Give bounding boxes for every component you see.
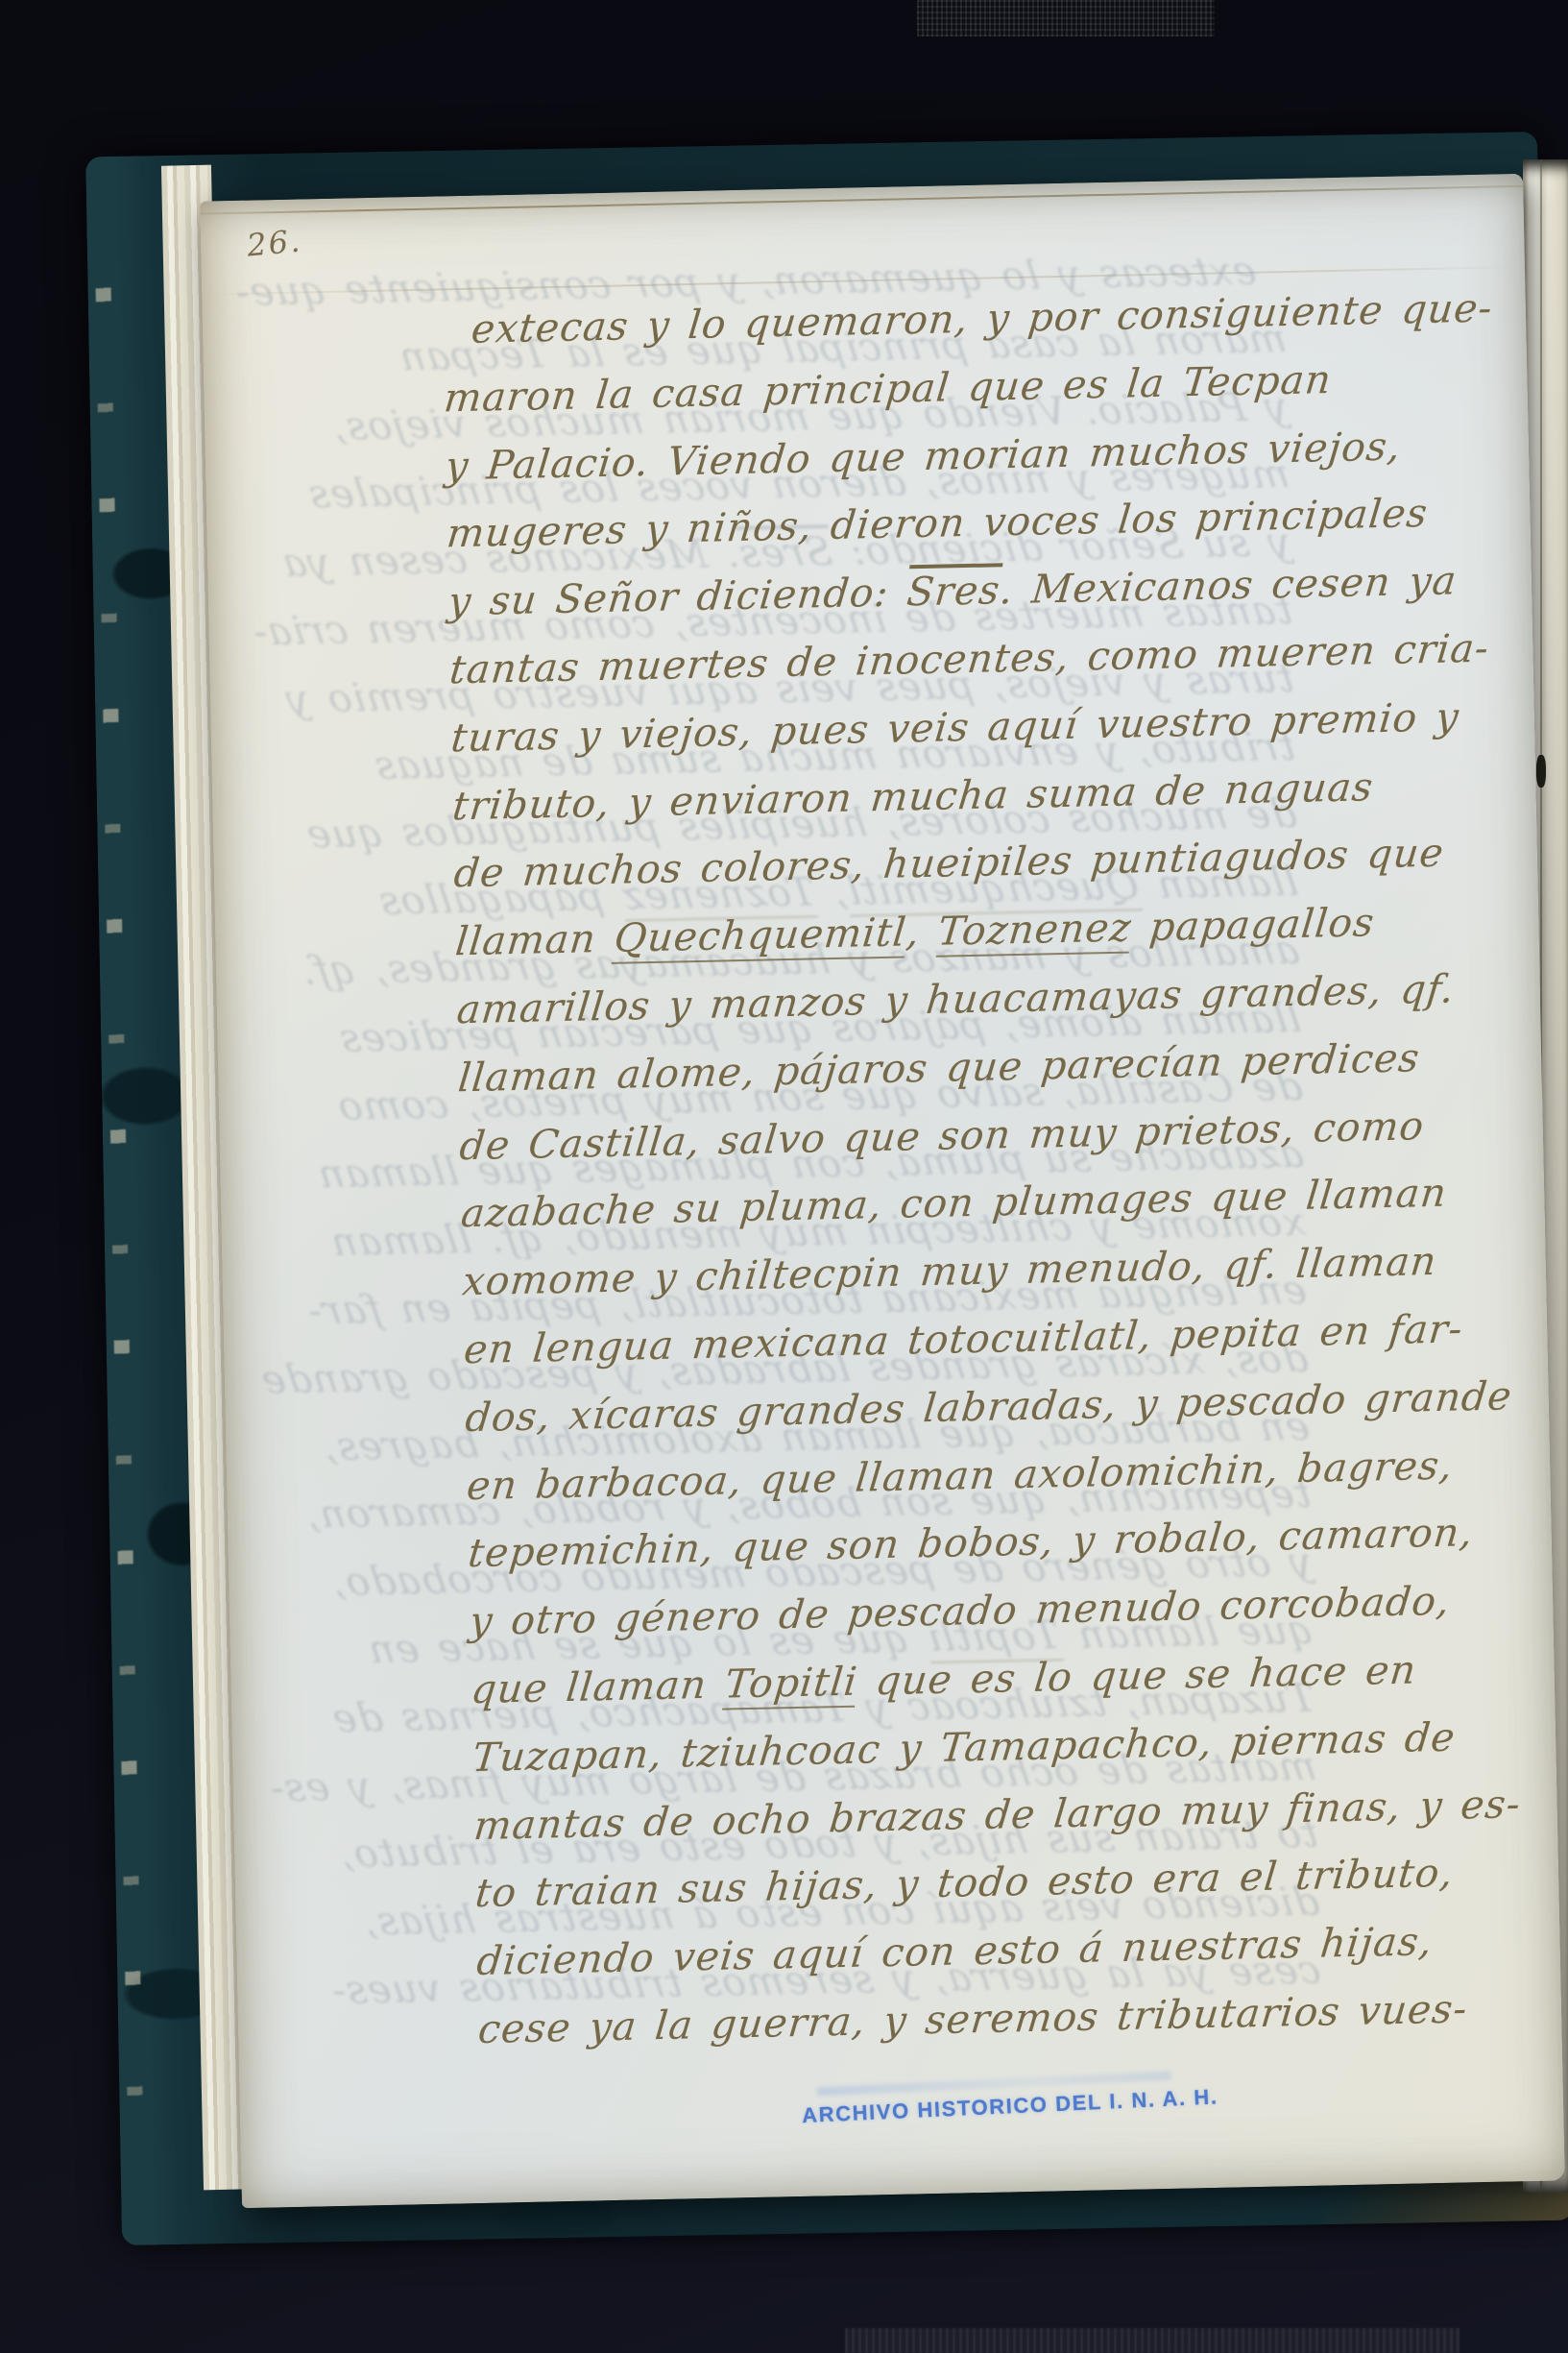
archive-ink-stamp: ARCHIVO HISTORICO DEL I. N. A. H.	[802, 2085, 1206, 2128]
photo-backdrop: 26. extecas y lo quemaron, y por consigu…	[0, 0, 1568, 2353]
folio-number: 26.	[246, 223, 303, 264]
fastener-fabric-strip	[917, 0, 1215, 36]
manuscript-text-block: extecas y lo quemaron, y por consiguient…	[202, 274, 1561, 2069]
manuscript-page: 26. extecas y lo quemaron, y por consigu…	[200, 174, 1564, 2208]
background-fabric-texture	[845, 2328, 1459, 2353]
